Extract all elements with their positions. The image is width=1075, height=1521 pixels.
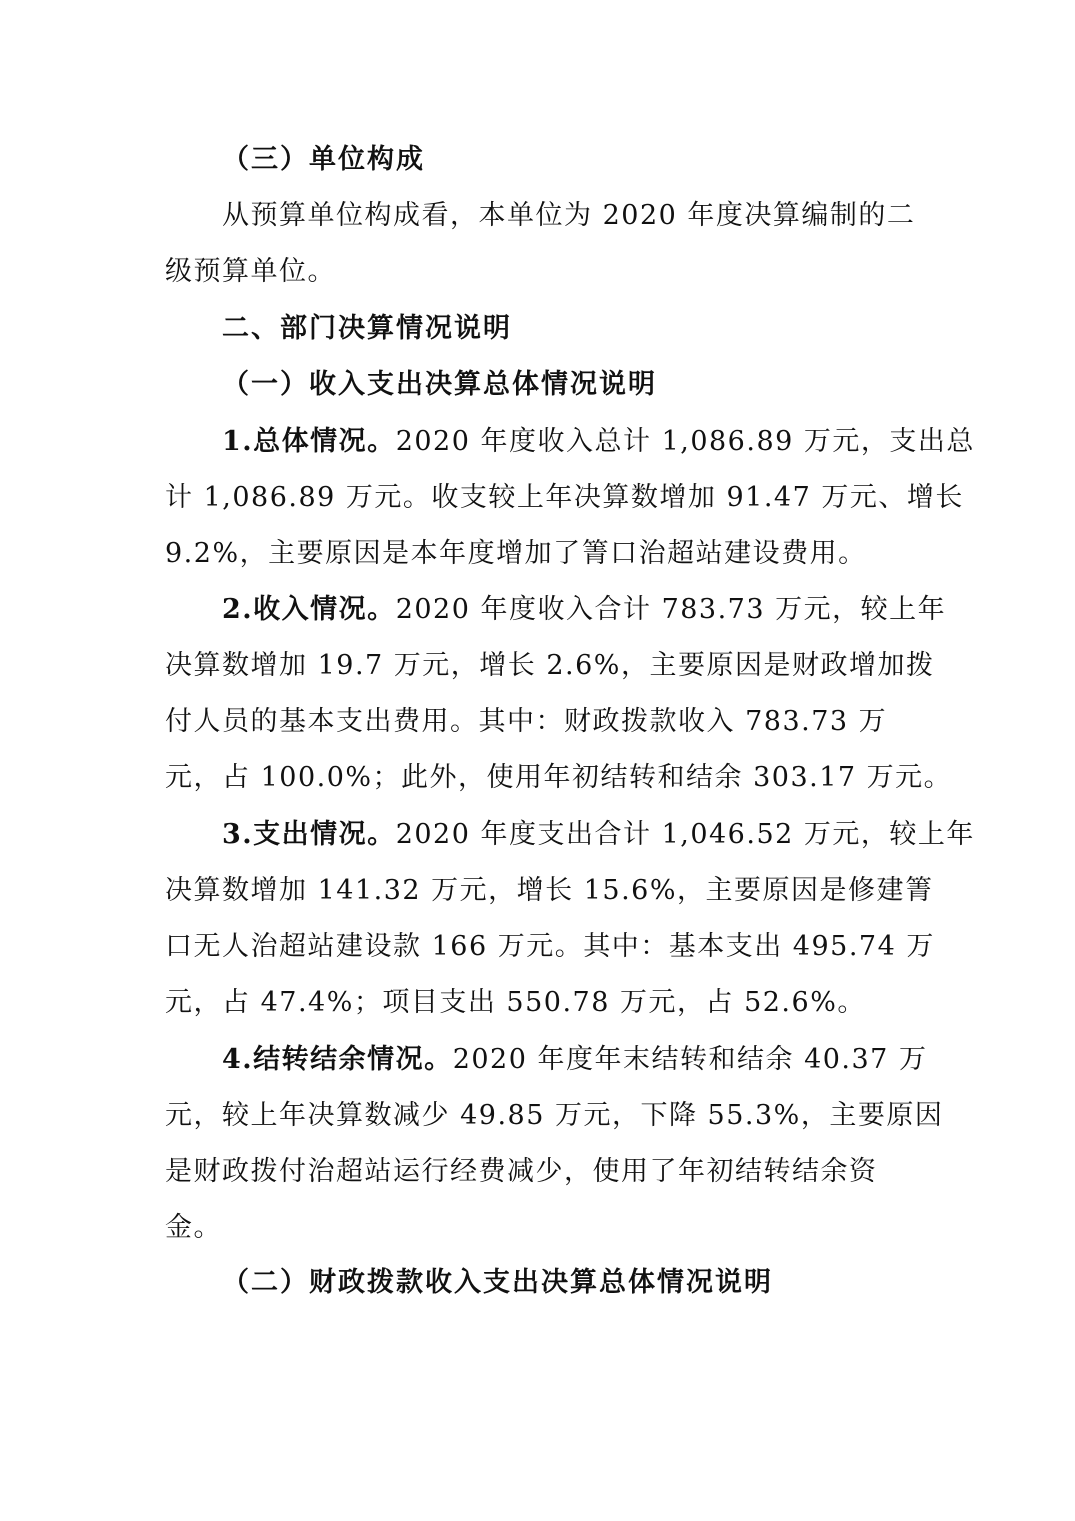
paragraph-line: 决算数增加 19.7 万元，增长 2.6%，主要原因是财政增加拨: [165, 648, 925, 684]
paragraph-line: 级预算单位。: [165, 254, 925, 290]
paragraph-line: 计 1,086.89 万元。收支较上年决算数增加 91.47 万元、增长: [165, 480, 925, 516]
paragraph-carryover-line-1: 4.结转结余情况。2020 年度年末结转和结余 40.37 万: [222, 1042, 982, 1078]
paragraph-text: 2020 年度收入总计 1,086.89 万元，支出总: [396, 426, 975, 457]
document-page: （三）单位构成 从预算单位构成看，本单位为 2020 年度决算编制的二 级预算单…: [0, 0, 1075, 1521]
paragraph-line: 9.2%，主要原因是本年度增加了箐口治超站建设费用。: [165, 536, 925, 572]
paragraph-lead-expense: 3.支出情况。: [222, 819, 396, 850]
paragraph-line: 决算数增加 141.32 万元，增长 15.6%，主要原因是修建箐: [165, 873, 925, 909]
paragraph-lead-income: 2.收入情况。: [222, 594, 396, 625]
paragraph-line: 是财政拨付治超站运行经费减少，使用了年初结转结余资: [165, 1154, 925, 1190]
paragraph-text: 2020 年度年末结转和结余 40.37 万: [453, 1044, 928, 1075]
paragraph-line: 元，占 47.4%；项目支出 550.78 万元，占 52.6%。: [165, 985, 925, 1021]
paragraph-line: 元，占 100.0%；此外，使用年初结转和结余 303.17 万元。: [165, 760, 925, 796]
section-heading-income-expense-overall: （一）收入支出决算总体情况说明: [222, 367, 982, 403]
paragraph-overall-line-1: 1.总体情况。2020 年度收入总计 1,086.89 万元，支出总: [222, 424, 982, 460]
paragraph-text: 2020 年度支出合计 1,046.52 万元，较上年: [396, 819, 975, 850]
paragraph-income-line-1: 2.收入情况。2020 年度收入合计 783.73 万元，较上年: [222, 592, 982, 628]
section-heading-unit-composition: （三）单位构成: [222, 142, 982, 178]
paragraph-expense-line-1: 3.支出情况。2020 年度支出合计 1,046.52 万元，较上年: [222, 817, 982, 853]
paragraph-lead-overall: 1.总体情况。: [222, 426, 396, 457]
paragraph-text: 2020 年度收入合计 783.73 万元，较上年: [396, 594, 946, 625]
section-heading-dept-final-accounts: 二、部门决算情况说明: [222, 311, 982, 347]
paragraph-line: 金。: [165, 1210, 925, 1246]
paragraph-line: 付人员的基本支出费用。其中：财政拨款收入 783.73 万: [165, 704, 925, 740]
section-heading-fiscal-appropriation-overall: （二）财政拨款收入支出决算总体情况说明: [222, 1265, 982, 1301]
paragraph-line: 元，较上年决算数减少 49.85 万元，下降 55.3%，主要原因: [165, 1098, 925, 1134]
paragraph-line: 口无人治超站建设款 166 万元。其中：基本支出 495.74 万: [165, 929, 925, 965]
paragraph-lead-carryover: 4.结转结余情况。: [222, 1044, 453, 1075]
paragraph-line: 从预算单位构成看，本单位为 2020 年度决算编制的二: [222, 198, 982, 234]
